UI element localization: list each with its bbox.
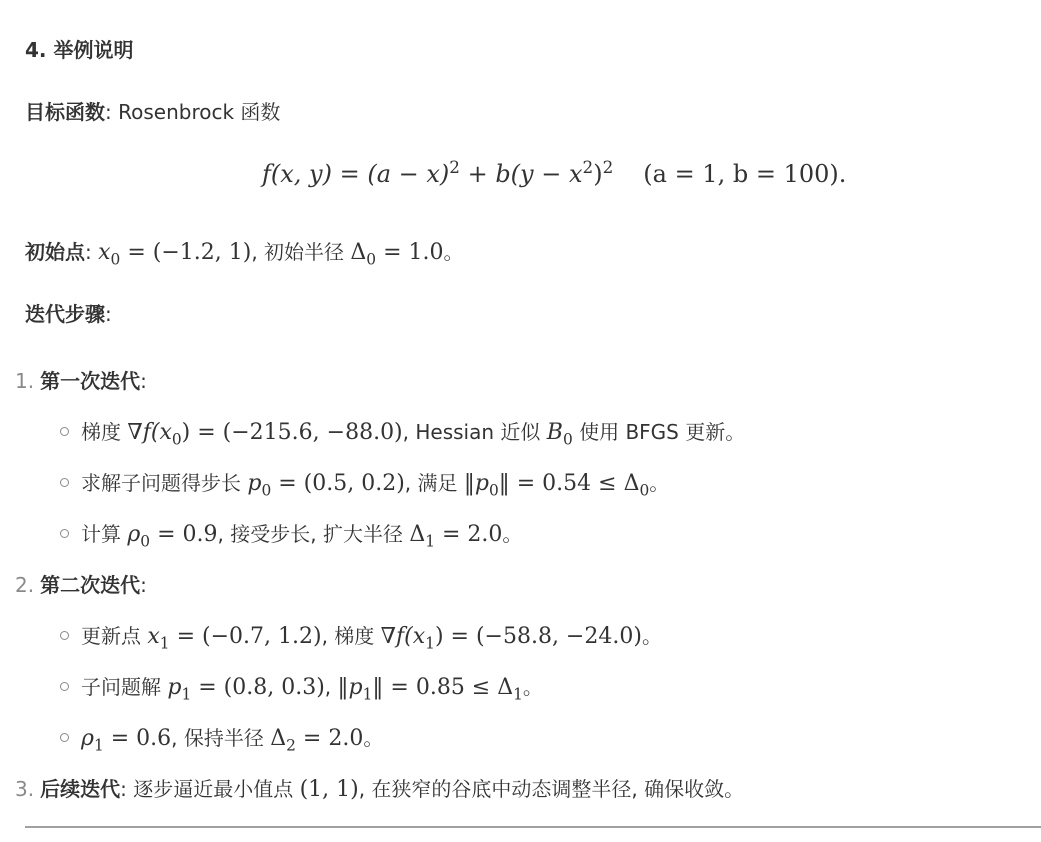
math: p — [247, 471, 261, 496]
math: = (0.8, 0.3) — [191, 675, 325, 700]
text: 使用 BFGS 更新。 — [573, 420, 746, 444]
list-item-bullet: 计算 ρ0 = 0.9, 接受步长, 扩大半径 Δ1 = 2.0。 — [60, 518, 522, 547]
list-item-iteration-3: 3.后续迭代: 逐步逼近最小值点 (1, 1), 在狭窄的谷底中动态调整半径, … — [15, 773, 744, 802]
math: ) = (−58.8, −24.0) — [435, 624, 642, 649]
math: Δ — [350, 240, 366, 265]
math: (1, 1) — [300, 777, 359, 802]
math: = 0.6 — [104, 726, 171, 751]
steps-label-paragraph: 迭代步骤: — [25, 298, 112, 327]
subscript: 1 — [513, 685, 523, 703]
math: x — [147, 624, 159, 649]
formula-part: f(x, y) = (a − x) — [262, 160, 449, 188]
text: 。 — [502, 522, 522, 546]
section-heading: 4. 举例说明 — [25, 34, 133, 63]
math: p — [167, 675, 181, 700]
math: Δ — [409, 522, 425, 547]
text: 。 — [642, 624, 662, 648]
subscript: 0 — [172, 430, 182, 448]
list-item-iteration-1: 1.第一次迭代: — [15, 365, 147, 394]
math: = 2.0 — [296, 726, 363, 751]
text: , 保持半径 — [171, 726, 270, 750]
subscript: 2 — [286, 736, 296, 754]
subscript: 0 — [140, 532, 150, 550]
formula-part: + b(y − x — [460, 160, 583, 188]
initial-label: 初始点 — [25, 240, 85, 264]
list-item-bullet: 子问题解 p1 = (0.8, 0.3), ‖p1‖ = 0.85 ≤ Δ1。 — [60, 671, 543, 700]
subscript: 1 — [363, 685, 373, 703]
steps-label: 迭代步骤 — [25, 302, 105, 326]
math: = (−0.7, 1.2) — [170, 624, 322, 649]
text: , 在狭窄的谷底中动态调整半径, 确保收敛。 — [359, 777, 744, 801]
text: 求解子问题得步长 — [81, 471, 247, 495]
math: ρ — [81, 726, 94, 751]
math: ‖p — [338, 675, 363, 700]
circle-bullet-icon — [60, 733, 69, 742]
subscript: 0 — [639, 481, 649, 499]
text: , 初始半径 — [251, 240, 350, 264]
formula-part: ) — [593, 160, 602, 188]
math: B — [547, 420, 563, 445]
math: ρ — [127, 522, 140, 547]
rosenbrock-formula: f(x, y) = (a − x)2 + b(y − x2)2(a = 1, b… — [262, 160, 846, 188]
separator: : — [105, 100, 118, 124]
text: , — [325, 675, 338, 699]
subscript: 0 — [489, 481, 499, 499]
math: ‖ = 0.54 ≤ Δ — [499, 471, 640, 496]
list-number: 2. — [15, 573, 34, 597]
subscript: 0 — [366, 250, 376, 268]
math: = 1.0 — [376, 240, 443, 265]
text: , Hessian 近似 — [403, 420, 547, 444]
separator: : — [120, 777, 133, 801]
separator: : — [105, 302, 112, 326]
math: ∇f(x — [381, 624, 426, 649]
separator: : — [140, 573, 147, 597]
circle-bullet-icon — [60, 427, 69, 436]
list-item-bullet: 更新点 x1 = (−0.7, 1.2), 梯度 ∇f(x1) = (−58.8… — [60, 620, 662, 649]
separator: : — [140, 369, 147, 393]
list-item-bullet: 梯度 ∇f(x0) = (−215.6, −88.0), Hessian 近似 … — [60, 416, 745, 445]
math: = 0.9 — [150, 522, 217, 547]
text: 。 — [649, 471, 669, 495]
text: , 满足 — [405, 471, 464, 495]
text: 。 — [444, 240, 464, 264]
subscript: 0 — [261, 481, 271, 499]
list-item-iteration-2: 2.第二次迭代: — [15, 569, 147, 598]
text: 计算 — [81, 522, 127, 546]
separator: : — [85, 240, 98, 264]
circle-bullet-icon — [60, 682, 69, 691]
subscript: 1 — [425, 634, 435, 652]
exponent: 2 — [583, 157, 594, 177]
circle-bullet-icon — [60, 529, 69, 538]
formula-params: (a = 1, b = 100). — [643, 160, 846, 188]
text: 逐步逼近最小值点 — [133, 777, 299, 801]
subscript: 0 — [563, 430, 573, 448]
text: 子问题解 — [81, 675, 167, 699]
math: ∇f(x — [127, 420, 172, 445]
math: = 2.0 — [435, 522, 502, 547]
horizontal-divider — [25, 826, 1041, 828]
circle-bullet-icon — [60, 478, 69, 487]
math: ‖ = 0.85 ≤ Δ — [372, 675, 513, 700]
subscript: 1 — [425, 532, 435, 550]
list-number: 3. — [15, 777, 34, 801]
text: , 梯度 — [322, 624, 381, 648]
text: , 接受步长, 扩大半径 — [218, 522, 410, 546]
subscript: 1 — [181, 685, 191, 703]
iteration-title: 第二次迭代 — [40, 573, 140, 597]
list-item-bullet: 求解子问题得步长 p0 = (0.5, 0.2), 满足 ‖p0‖ = 0.54… — [60, 467, 669, 496]
text: 。 — [523, 675, 543, 699]
list-number: 1. — [15, 369, 34, 393]
math: ) = (−215.6, −88.0) — [182, 420, 403, 445]
objective-paragraph: 目标函数: Rosenbrock 函数 — [25, 96, 280, 125]
exponent: 2 — [603, 157, 614, 177]
math: = (0.5, 0.2) — [271, 471, 405, 496]
initial-point-paragraph: 初始点: x0 = (−1.2, 1), 初始半径 Δ0 = 1.0。 — [25, 236, 464, 265]
exponent: 2 — [449, 157, 460, 177]
subscript: 0 — [111, 250, 121, 268]
subscript: 1 — [94, 736, 104, 754]
subscript: 1 — [160, 634, 170, 652]
objective-label: 目标函数 — [25, 100, 105, 124]
iteration-title: 第一次迭代 — [40, 369, 140, 393]
math: ‖p — [464, 471, 489, 496]
iteration-title: 后续迭代 — [40, 777, 120, 801]
objective-text: Rosenbrock 函数 — [118, 100, 280, 124]
text: 。 — [363, 726, 383, 750]
text: 梯度 — [81, 420, 127, 444]
math: Δ — [270, 726, 286, 751]
circle-bullet-icon — [60, 631, 69, 640]
text: 更新点 — [81, 624, 147, 648]
math: x — [98, 240, 110, 265]
math: = (−1.2, 1) — [120, 240, 251, 265]
list-item-bullet: ρ1 = 0.6, 保持半径 Δ2 = 2.0。 — [60, 722, 383, 751]
